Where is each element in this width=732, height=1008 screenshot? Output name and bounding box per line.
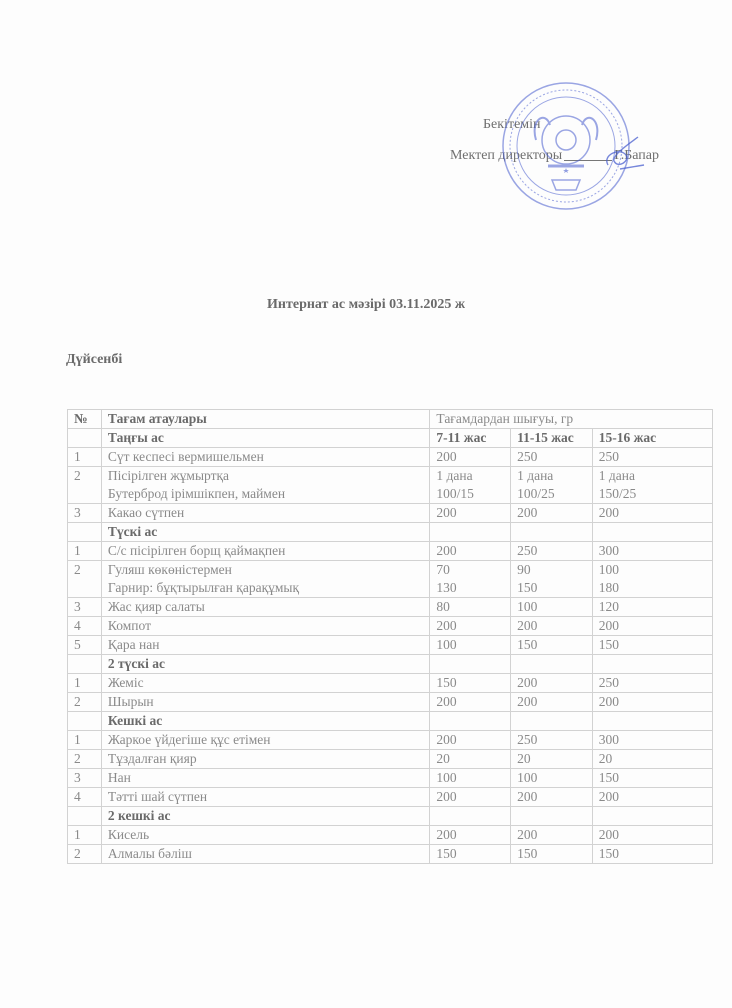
cell-line: Гарнир: бұқтырылған қарақұмық <box>108 579 424 597</box>
cell-line: 80 <box>436 598 504 616</box>
cell-line: 90 <box>517 561 586 579</box>
cell-line: 300 <box>599 731 706 749</box>
cell-line: 100 <box>436 769 504 787</box>
cell-line: 150 <box>599 769 706 787</box>
portion-value: 200 <box>430 617 511 636</box>
dish-name: С/с пісірілген борщ қаймақпен <box>101 542 430 561</box>
dish-name: Какао сүтпен <box>101 504 430 523</box>
cell-line: Кисель <box>108 826 424 844</box>
cell-line: 1 дана <box>517 467 586 485</box>
portion-value: 300 <box>592 542 712 561</box>
portion-value: 200 <box>430 542 511 561</box>
table-row: 1Кисель200200200 <box>68 826 713 845</box>
item-number: 1 <box>68 448 102 467</box>
cell-line: Жеміс <box>108 674 424 692</box>
item-number: 4 <box>68 617 102 636</box>
header-output: Тағамдардан шығуы, гр <box>430 410 713 429</box>
dish-name: Пісірілген жұмыртқаБутерброд ірімшікпен,… <box>101 467 430 504</box>
table-row: 2Гуляш көкөністерменГарнир: бұқтырылған … <box>68 561 713 598</box>
item-number: 3 <box>68 769 102 788</box>
cell-line: 130 <box>436 579 504 597</box>
portion-value: 120 <box>592 598 712 617</box>
section-num-cell <box>68 807 102 826</box>
table-row: 2Тұздалған қияр202020 <box>68 750 713 769</box>
cell-line: 150 <box>436 674 504 692</box>
item-number: 3 <box>68 504 102 523</box>
cell-line: 200 <box>599 788 706 806</box>
item-number: 2 <box>68 561 102 598</box>
cell-line: Бутерброд ірімшікпен, маймен <box>108 485 424 503</box>
table-row: 1С/с пісірілген борщ қаймақпен200250300 <box>68 542 713 561</box>
table-row: 4Компот200200200 <box>68 617 713 636</box>
section-num-cell <box>68 712 102 731</box>
cell-line: 200 <box>599 826 706 844</box>
section-title: Түскі ас <box>101 523 430 542</box>
item-number: 1 <box>68 826 102 845</box>
table-row: 1Жаркое үйдегіше құс етімен200250300 <box>68 731 713 750</box>
portion-value: 150 <box>430 845 511 864</box>
age-group-header: 11-15 жас <box>511 429 593 448</box>
day-label: Дүйсенбі <box>66 352 122 368</box>
empty-cell <box>592 712 712 731</box>
item-number: 2 <box>68 693 102 712</box>
portion-value: 1 дана150/25 <box>592 467 712 504</box>
item-number: 2 <box>68 845 102 864</box>
portion-value: 200 <box>430 693 511 712</box>
cell-line: 100 <box>436 636 504 654</box>
cell-line: 180 <box>599 579 706 597</box>
dish-name: Тұздалған қияр <box>101 750 430 769</box>
portion-value: 20 <box>430 750 511 769</box>
cell-line: 200 <box>436 826 504 844</box>
dish-name: Жеміс <box>101 674 430 693</box>
portion-value: 300 <box>592 731 712 750</box>
section-num-cell <box>68 655 102 674</box>
dish-name: Тәтті шай сүтпен <box>101 788 430 807</box>
dish-name: Нан <box>101 769 430 788</box>
dish-name: Жас қияр салаты <box>101 598 430 617</box>
table-row: 3Жас қияр салаты80100120 <box>68 598 713 617</box>
cell-line: 100/25 <box>517 485 586 503</box>
section-row: Таңғы ас7-11 жас11-15 жас15-16 жас <box>68 429 713 448</box>
cell-line: 20 <box>436 750 504 768</box>
menu-table: № Тағам атаулары Тағамдардан шығуы, гр Т… <box>67 409 713 864</box>
section-num-cell <box>68 523 102 542</box>
dish-name: Компот <box>101 617 430 636</box>
cell-line: 200 <box>436 788 504 806</box>
table-header-row: № Тағам атаулары Тағамдардан шығуы, гр <box>68 410 713 429</box>
cell-line: 250 <box>517 731 586 749</box>
section-title: Кешкі ас <box>101 712 430 731</box>
cell-line: 200 <box>517 788 586 806</box>
cell-line: 200 <box>599 504 706 522</box>
table-row: 1Сүт кеспесі вермишельмен200250250 <box>68 448 713 467</box>
dish-name: Алмалы бәліш <box>101 845 430 864</box>
portion-value: 80 <box>430 598 511 617</box>
portion-value: 150 <box>511 845 593 864</box>
cell-line: 250 <box>517 542 586 560</box>
cell-line: Тәтті шай сүтпен <box>108 788 424 806</box>
cell-line: 150/25 <box>599 485 706 503</box>
cell-line: 300 <box>599 542 706 560</box>
section-title: 2 кешкі ас <box>101 807 430 826</box>
cell-line: 200 <box>436 542 504 560</box>
cell-line: 200 <box>436 504 504 522</box>
cell-line: 200 <box>599 693 706 711</box>
empty-cell <box>592 807 712 826</box>
cell-line: 1 дана <box>436 467 504 485</box>
header-num: № <box>68 410 102 429</box>
section-row: 2 кешкі ас <box>68 807 713 826</box>
cell-line: 250 <box>517 448 586 466</box>
cell-line: 200 <box>436 693 504 711</box>
portion-value: 100 <box>430 769 511 788</box>
section-num-cell <box>68 429 102 448</box>
empty-cell <box>511 523 593 542</box>
table-row: 2Пісірілген жұмыртқаБутерброд ірімшікпен… <box>68 467 713 504</box>
portion-value: 200 <box>511 826 593 845</box>
item-number: 2 <box>68 467 102 504</box>
cell-line: 200 <box>517 693 586 711</box>
section-row: Кешкі ас <box>68 712 713 731</box>
empty-cell <box>511 807 593 826</box>
header-dish-name: Тағам атаулары <box>101 410 430 429</box>
cell-line: 200 <box>517 617 586 635</box>
cell-line: 200 <box>436 617 504 635</box>
item-number: 1 <box>68 542 102 561</box>
portion-value: 150 <box>592 636 712 655</box>
section-row: 2 түскі ас <box>68 655 713 674</box>
portion-value: 250 <box>592 448 712 467</box>
cell-line: 150 <box>517 845 586 863</box>
item-number: 5 <box>68 636 102 655</box>
cell-line: 200 <box>436 731 504 749</box>
table-row: 3Нан100100150 <box>68 769 713 788</box>
cell-line: 250 <box>599 674 706 692</box>
portion-value: 200 <box>511 617 593 636</box>
portion-value: 150 <box>511 636 593 655</box>
portion-value: 200 <box>511 788 593 807</box>
portion-value: 200 <box>430 731 511 750</box>
portion-value: 20 <box>511 750 593 769</box>
official-seal-icon <box>500 80 632 212</box>
table-row: 2Алмалы бәліш150150150 <box>68 845 713 864</box>
cell-line: 200 <box>517 504 586 522</box>
section-title: 2 түскі ас <box>101 655 430 674</box>
cell-line: Қара нан <box>108 636 424 654</box>
portion-value: 200 <box>592 504 712 523</box>
signature-blank <box>564 160 612 161</box>
item-number: 2 <box>68 750 102 769</box>
cell-line: 100 <box>517 598 586 616</box>
empty-cell <box>430 807 511 826</box>
age-group-header: 15-16 жас <box>592 429 712 448</box>
portion-value: 150 <box>592 845 712 864</box>
cell-line: 100/15 <box>436 485 504 503</box>
dish-name: Қара нан <box>101 636 430 655</box>
portion-value: 100180 <box>592 561 712 598</box>
cell-line: Гуляш көкөністермен <box>108 561 424 579</box>
dish-name: Кисель <box>101 826 430 845</box>
cell-line: Жаркое үйдегіше құс етімен <box>108 731 424 749</box>
portion-value: 200 <box>592 788 712 807</box>
empty-cell <box>430 712 511 731</box>
table-row: 4Тәтті шай сүтпен200200200 <box>68 788 713 807</box>
portion-value: 1 дана100/15 <box>430 467 511 504</box>
item-number: 1 <box>68 674 102 693</box>
table-row: 5Қара нан100150150 <box>68 636 713 655</box>
dish-name: Жаркое үйдегіше құс етімен <box>101 731 430 750</box>
cell-line: 150 <box>517 636 586 654</box>
portion-value: 250 <box>511 448 593 467</box>
cell-line: Нан <box>108 769 424 787</box>
approval-label: Бекітемін <box>483 117 541 133</box>
portion-value: 90150 <box>511 561 593 598</box>
cell-line: Алмалы бәліш <box>108 845 424 863</box>
portion-value: 200 <box>430 504 511 523</box>
portion-value: 200 <box>592 826 712 845</box>
portion-value: 200 <box>430 826 511 845</box>
portion-value: 200 <box>511 674 593 693</box>
cell-line: 250 <box>599 448 706 466</box>
table-row: 3Какао сүтпен200200200 <box>68 504 713 523</box>
portion-value: 200 <box>511 504 593 523</box>
director-name: Г.Бапар <box>614 148 659 163</box>
section-title: Таңғы ас <box>101 429 430 448</box>
portion-value: 250 <box>592 674 712 693</box>
cell-line: 150 <box>599 845 706 863</box>
cell-line: Пісірілген жұмыртқа <box>108 467 424 485</box>
cell-line: Какао сүтпен <box>108 504 424 522</box>
cell-line: 20 <box>517 750 586 768</box>
age-group-header: 7-11 жас <box>430 429 511 448</box>
cell-line: 100 <box>599 561 706 579</box>
dish-name: Шырын <box>101 693 430 712</box>
cell-line: Компот <box>108 617 424 635</box>
cell-line: Жас қияр салаты <box>108 598 424 616</box>
director-title: Мектеп директоры <box>450 148 562 163</box>
cell-line: 150 <box>436 845 504 863</box>
item-number: 1 <box>68 731 102 750</box>
empty-cell <box>592 523 712 542</box>
cell-line: Сүт кеспесі вермишельмен <box>108 448 424 466</box>
empty-cell <box>511 655 593 674</box>
cell-line: Тұздалған қияр <box>108 750 424 768</box>
portion-value: 100 <box>511 769 593 788</box>
portion-value: 200 <box>511 693 593 712</box>
cell-line: 100 <box>517 769 586 787</box>
cell-line: 200 <box>436 448 504 466</box>
portion-value: 1 дана100/25 <box>511 467 593 504</box>
cell-line: 200 <box>517 674 586 692</box>
portion-value: 100 <box>430 636 511 655</box>
cell-line: 70 <box>436 561 504 579</box>
portion-value: 150 <box>430 674 511 693</box>
cell-line: 150 <box>599 636 706 654</box>
portion-value: 200 <box>592 617 712 636</box>
table-row: 2Шырын200200200 <box>68 693 713 712</box>
portion-value: 20 <box>592 750 712 769</box>
portion-value: 250 <box>511 542 593 561</box>
table-row: 1Жеміс150200250 <box>68 674 713 693</box>
cell-line: Шырын <box>108 693 424 711</box>
empty-cell <box>430 523 511 542</box>
document-title: Интернат ас мәзірі 03.11.2025 ж <box>0 297 732 313</box>
cell-line: 20 <box>599 750 706 768</box>
portion-value: 250 <box>511 731 593 750</box>
empty-cell <box>592 655 712 674</box>
item-number: 3 <box>68 598 102 617</box>
section-row: Түскі ас <box>68 523 713 542</box>
portion-value: 70130 <box>430 561 511 598</box>
item-number: 4 <box>68 788 102 807</box>
approval-signature-line: Мектеп директорыГ.Бапар <box>450 148 659 164</box>
cell-line: 120 <box>599 598 706 616</box>
empty-cell <box>511 712 593 731</box>
portion-value: 200 <box>592 693 712 712</box>
dish-name: Гуляш көкөністерменГарнир: бұқтырылған қ… <box>101 561 430 598</box>
portion-value: 200 <box>430 448 511 467</box>
portion-value: 150 <box>592 769 712 788</box>
cell-line: 200 <box>517 826 586 844</box>
cell-line: 150 <box>517 579 586 597</box>
portion-value: 100 <box>511 598 593 617</box>
cell-line: 1 дана <box>599 467 706 485</box>
dish-name: Сүт кеспесі вермишельмен <box>101 448 430 467</box>
cell-line: 200 <box>599 617 706 635</box>
cell-line: С/с пісірілген борщ қаймақпен <box>108 542 424 560</box>
portion-value: 200 <box>430 788 511 807</box>
empty-cell <box>430 655 511 674</box>
